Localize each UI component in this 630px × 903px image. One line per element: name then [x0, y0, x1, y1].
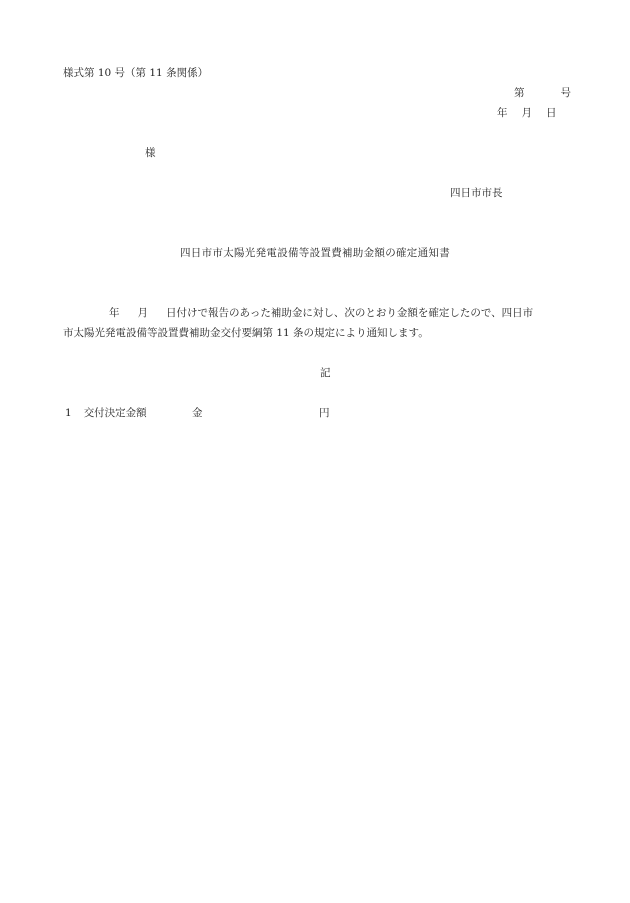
item-number: 1: [65, 407, 72, 419]
item-amount-prefix: 金: [192, 408, 203, 419]
body-year: 年: [109, 307, 120, 319]
body-text-1: 日付けで報告のあった補助金に対し、次のとおり金額を確定したので、四日市: [166, 307, 533, 319]
body-month: 月: [138, 307, 149, 319]
document-title: 四日市市太陽光発電設備等設置費補助金額の確定通知書: [180, 248, 450, 259]
form-number: 様式第 10 号（第 11 条関係）: [63, 68, 208, 79]
ki-heading: 記: [320, 368, 331, 379]
date-month: 月: [522, 107, 533, 119]
date-year: 年: [497, 107, 508, 119]
doc-number-prefix: 第: [514, 87, 525, 99]
list-item: 1交付決定金額 金 円: [65, 408, 147, 419]
body-line-2: 市太陽光発電設備等設置費補助金交付要綱第 11 条の規定により通知します。: [63, 328, 429, 339]
body-line-1: 年月日付けで報告のあった補助金に対し、次のとおり金額を確定したので、四日市: [109, 308, 533, 319]
doc-number-suffix: 号: [561, 87, 572, 99]
date-row: 年月日: [497, 108, 557, 119]
sender: 四日市市長: [450, 188, 503, 199]
addressee: 様: [145, 148, 156, 159]
document-number-row: 第号: [514, 88, 571, 99]
item-amount-unit: 円: [319, 408, 330, 419]
date-day: 日: [546, 107, 557, 119]
item-label: 交付決定金額: [84, 407, 147, 419]
